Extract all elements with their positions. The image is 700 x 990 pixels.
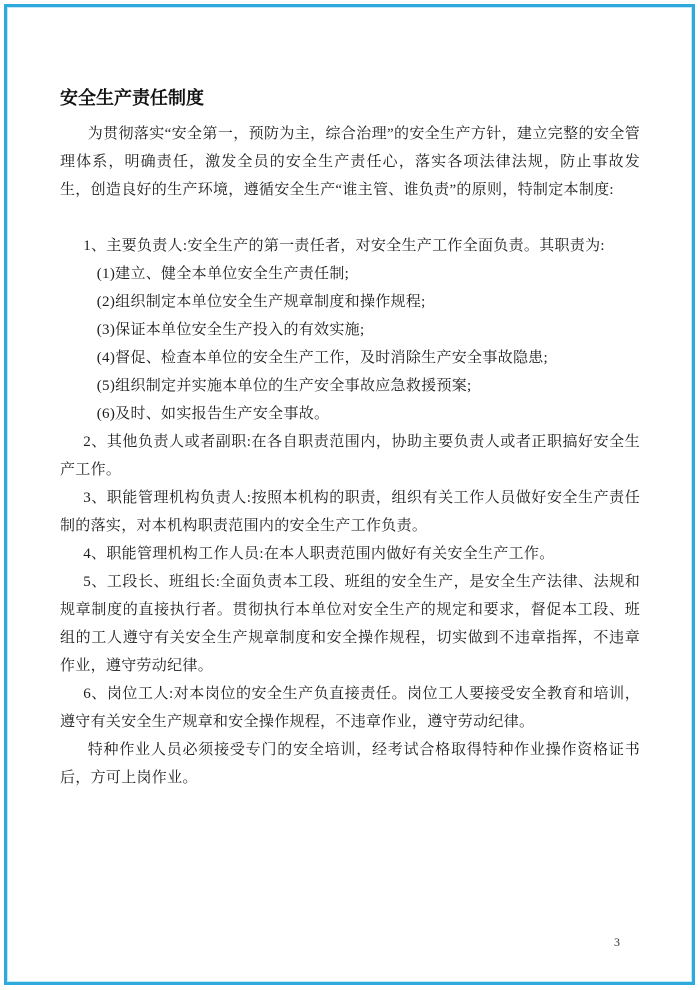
paragraph-subitem-5: (5)组织制定并实施本单位的生产安全事故应急救援预案;: [60, 372, 640, 400]
paragraph-item-6: 6、岗位工人:对本岗位的安全生产负直接责任。岗位工人要接受安全教育和培训，遵守有…: [60, 680, 640, 736]
document-title: 安全生产责任制度: [60, 86, 640, 110]
paragraph-item-2: 2、其他负责人或者副职:在各自职责范围内，协助主要负责人或者正职搞好安全生产工作…: [60, 428, 640, 484]
paragraph-subitem-1: (1)建立、健全本单位安全生产责任制;: [60, 260, 640, 288]
paragraph-item-4: 4、职能管理机构工作人员:在本人职责范围内做好有关安全生产工作。: [60, 540, 640, 568]
paragraph-subitem-6: (6)及时、如实报告生产安全事故。: [60, 400, 640, 428]
paragraph-item-3: 3、职能管理机构负责人:按照本机构的职责，组织有关工作人员做好安全生产责任制的落…: [60, 484, 640, 540]
page-number: 3: [614, 935, 620, 950]
paragraph-item-5: 5、工段长、班组长:全面负责本工段、班组的安全生产，是安全生产法律、法规和规章制…: [60, 568, 640, 680]
paragraph-item-1: 1、主要负责人:安全生产的第一责任者，对安全生产工作全面负责。其职责为:: [60, 232, 640, 260]
paragraph-subitem-3: (3)保证本单位安全生产投入的有效实施;: [60, 316, 640, 344]
paragraph-intro: 为贯彻落实“安全第一，预防为主，综合治理”的安全生产方针，建立完整的安全管理体系…: [60, 120, 640, 204]
document-page: 安全生产责任制度 为贯彻落实“安全第一，预防为主，综合治理”的安全生产方针，建立…: [0, 0, 700, 990]
paragraph-closing: 特种作业人员必须接受专门的安全培训，经考试合格取得特种作业操作资格证书后，方可上…: [60, 736, 640, 792]
paragraph-subitem-2: (2)组织制定本单位安全生产规章制度和操作规程;: [60, 288, 640, 316]
document-body: 安全生产责任制度 为贯彻落实“安全第一，预防为主，综合治理”的安全生产方针，建立…: [60, 86, 640, 792]
paragraph-subitem-4: (4)督促、检查本单位的安全生产工作，及时消除生产安全事故隐患;: [60, 344, 640, 372]
